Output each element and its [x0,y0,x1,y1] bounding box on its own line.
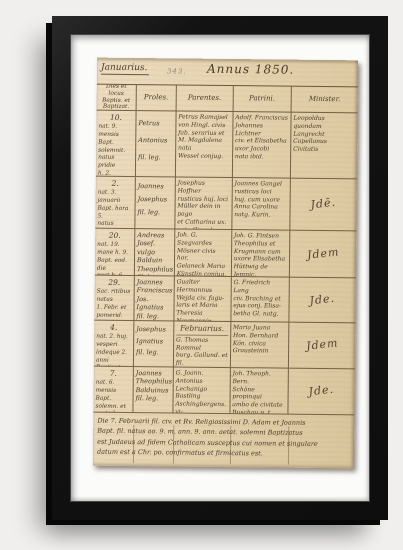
patrini-cell: Adolf. FranciscusJohannes Lichtnerciv. e… [233,112,292,178]
date-cell: 10.nat. 9. mensisBapt. solemnit.natus pr… [96,111,137,176]
proles-cell: JosephusIgnatiusfil. leg. [134,321,174,366]
proles-cell: JoannesTheophilusBalduinusfil. leg. [133,367,173,412]
page-header: Januarius. 343. Annus 1850. [97,58,358,88]
year-title: Annus 1850. [207,62,294,77]
table-row: 10.nat. 9. mensisBapt. solemnit.natus pr… [96,111,358,180]
proles-cell: PetrusAntoniusfil. leg. [136,111,177,176]
date-cell: 4.nat. 2. huj. vesperiindeque 2. anniBap… [94,321,134,366]
patrini-cell: G. Friedrich Langciv. Braching etejus co… [231,277,290,322]
minister-signature: Jdē. [290,179,357,231]
table-row: 4.nat. 2. huj. vesperiindeque 2. anniBap… [94,321,355,370]
minister-signature: Jdem [289,323,355,369]
picture-frame: Januarius. 343. Annus 1850. Dies et locu… [52,16,388,520]
mat-board: Januarius. 343. Annus 1850. Dies et locu… [71,35,369,501]
table-header-row: Dies et locusBaptis. et Baptizat. Proles… [97,85,358,114]
date-cell: 2.nat. 3. januariiBapt. hora 5.natus pri… [95,177,135,228]
parentes-cell: G. Joann. AntoniusLechanigo BastlingAsch… [173,367,230,413]
photo-background: Januarius. 343. Annus 1850. Dies et locu… [0,0,403,550]
parentes-cell: Gualter HermannusWejda civ. fagu-laris e… [174,276,231,321]
parentes-lines: G. Thomas Rommelburg. Gallund. et fil.Su… [176,336,228,367]
column-header-patrini: Patrini. [233,86,291,112]
column-header-dies: Dies et locusBaptis. et Baptizat. [97,85,137,110]
parentes-cell: Joh. G. SzegvardesMösner civis hor.Gelan… [175,229,232,276]
month-break-februarius: Februarius. [176,323,228,335]
minister-signature: Jdem [290,231,357,278]
minister-cell: LeopoldusquondamLangrechtCapellanusCivit… [291,113,358,179]
register-table: Dies et locusBaptis. et Baptizat. Proles… [93,85,358,466]
footnote-row: Die 7. Februarii fil. civ. et Rv. Religi… [93,413,355,466]
date-cell: 20.nat. 19. mane h. 9.Bapt. eod. diepost… [95,229,135,275]
footnote-text: Die 7. Februarii fil. civ. et Rv. Religi… [93,413,355,466]
column-header-proles: Proles. [137,85,177,110]
minister-signature: Jde. [289,278,355,323]
patrini-cell: Joannes Gangelrusticus locihuj. cum uxor… [232,178,291,230]
proles-cell: JoannesFranciscusJos. Ignatiusfil. leg. [134,276,174,320]
proles-cell: Andreas Josef.vulgo BalduinTheophilusfil… [135,229,175,275]
page-number: 343. [167,67,187,75]
table-row: 29.Sac. ritibus natus1. Febr. et pomerid… [94,276,355,324]
table-row: 20.nat. 19. mane h. 9.Bapt. eod. diepost… [95,229,356,279]
table-row: 7.nat. 6. mensis Bapt.solemn. et custod.… [93,367,354,416]
patrini-cell: Joh. Theoph. Bern.Schöne propinquiambo d… [230,368,289,414]
date-cell: 29.Sac. ritibus natus1. Febr. et pomerid… [94,276,134,320]
parentes-cell: Februarius. G. Thomas Rommelburg. Gallun… [174,321,231,367]
column-header-minister: Minister. [292,87,358,113]
proles-cell: JoannesJosephusfil. leg. [135,177,175,228]
patrini-cell: Joh. G. FintsenTheophilus etKrugmann cum… [232,230,291,277]
minister-signature: Jde. [288,369,354,415]
parentes-cell: Petrus Ramajselvon Hingl. civisfab. sera… [176,111,234,177]
manuscript-page: Januarius. 343. Annus 1850. Dies et locu… [93,58,358,469]
parentes-cell: Josephus Hoffnerrusticus huj. lociMüller… [175,177,232,229]
column-header-parentes: Parentes. [176,85,233,111]
patrini-cell: Maria JuanaHon. BernhardKön. civicaGraus… [231,322,290,368]
month-header: Januarius. [101,63,150,76]
date-cell: 7.nat. 6. mensis Bapt.solemn. et custod.… [93,367,133,412]
table-row: 2.nat. 3. januariiBapt. hora 5.natus pri… [95,177,357,232]
